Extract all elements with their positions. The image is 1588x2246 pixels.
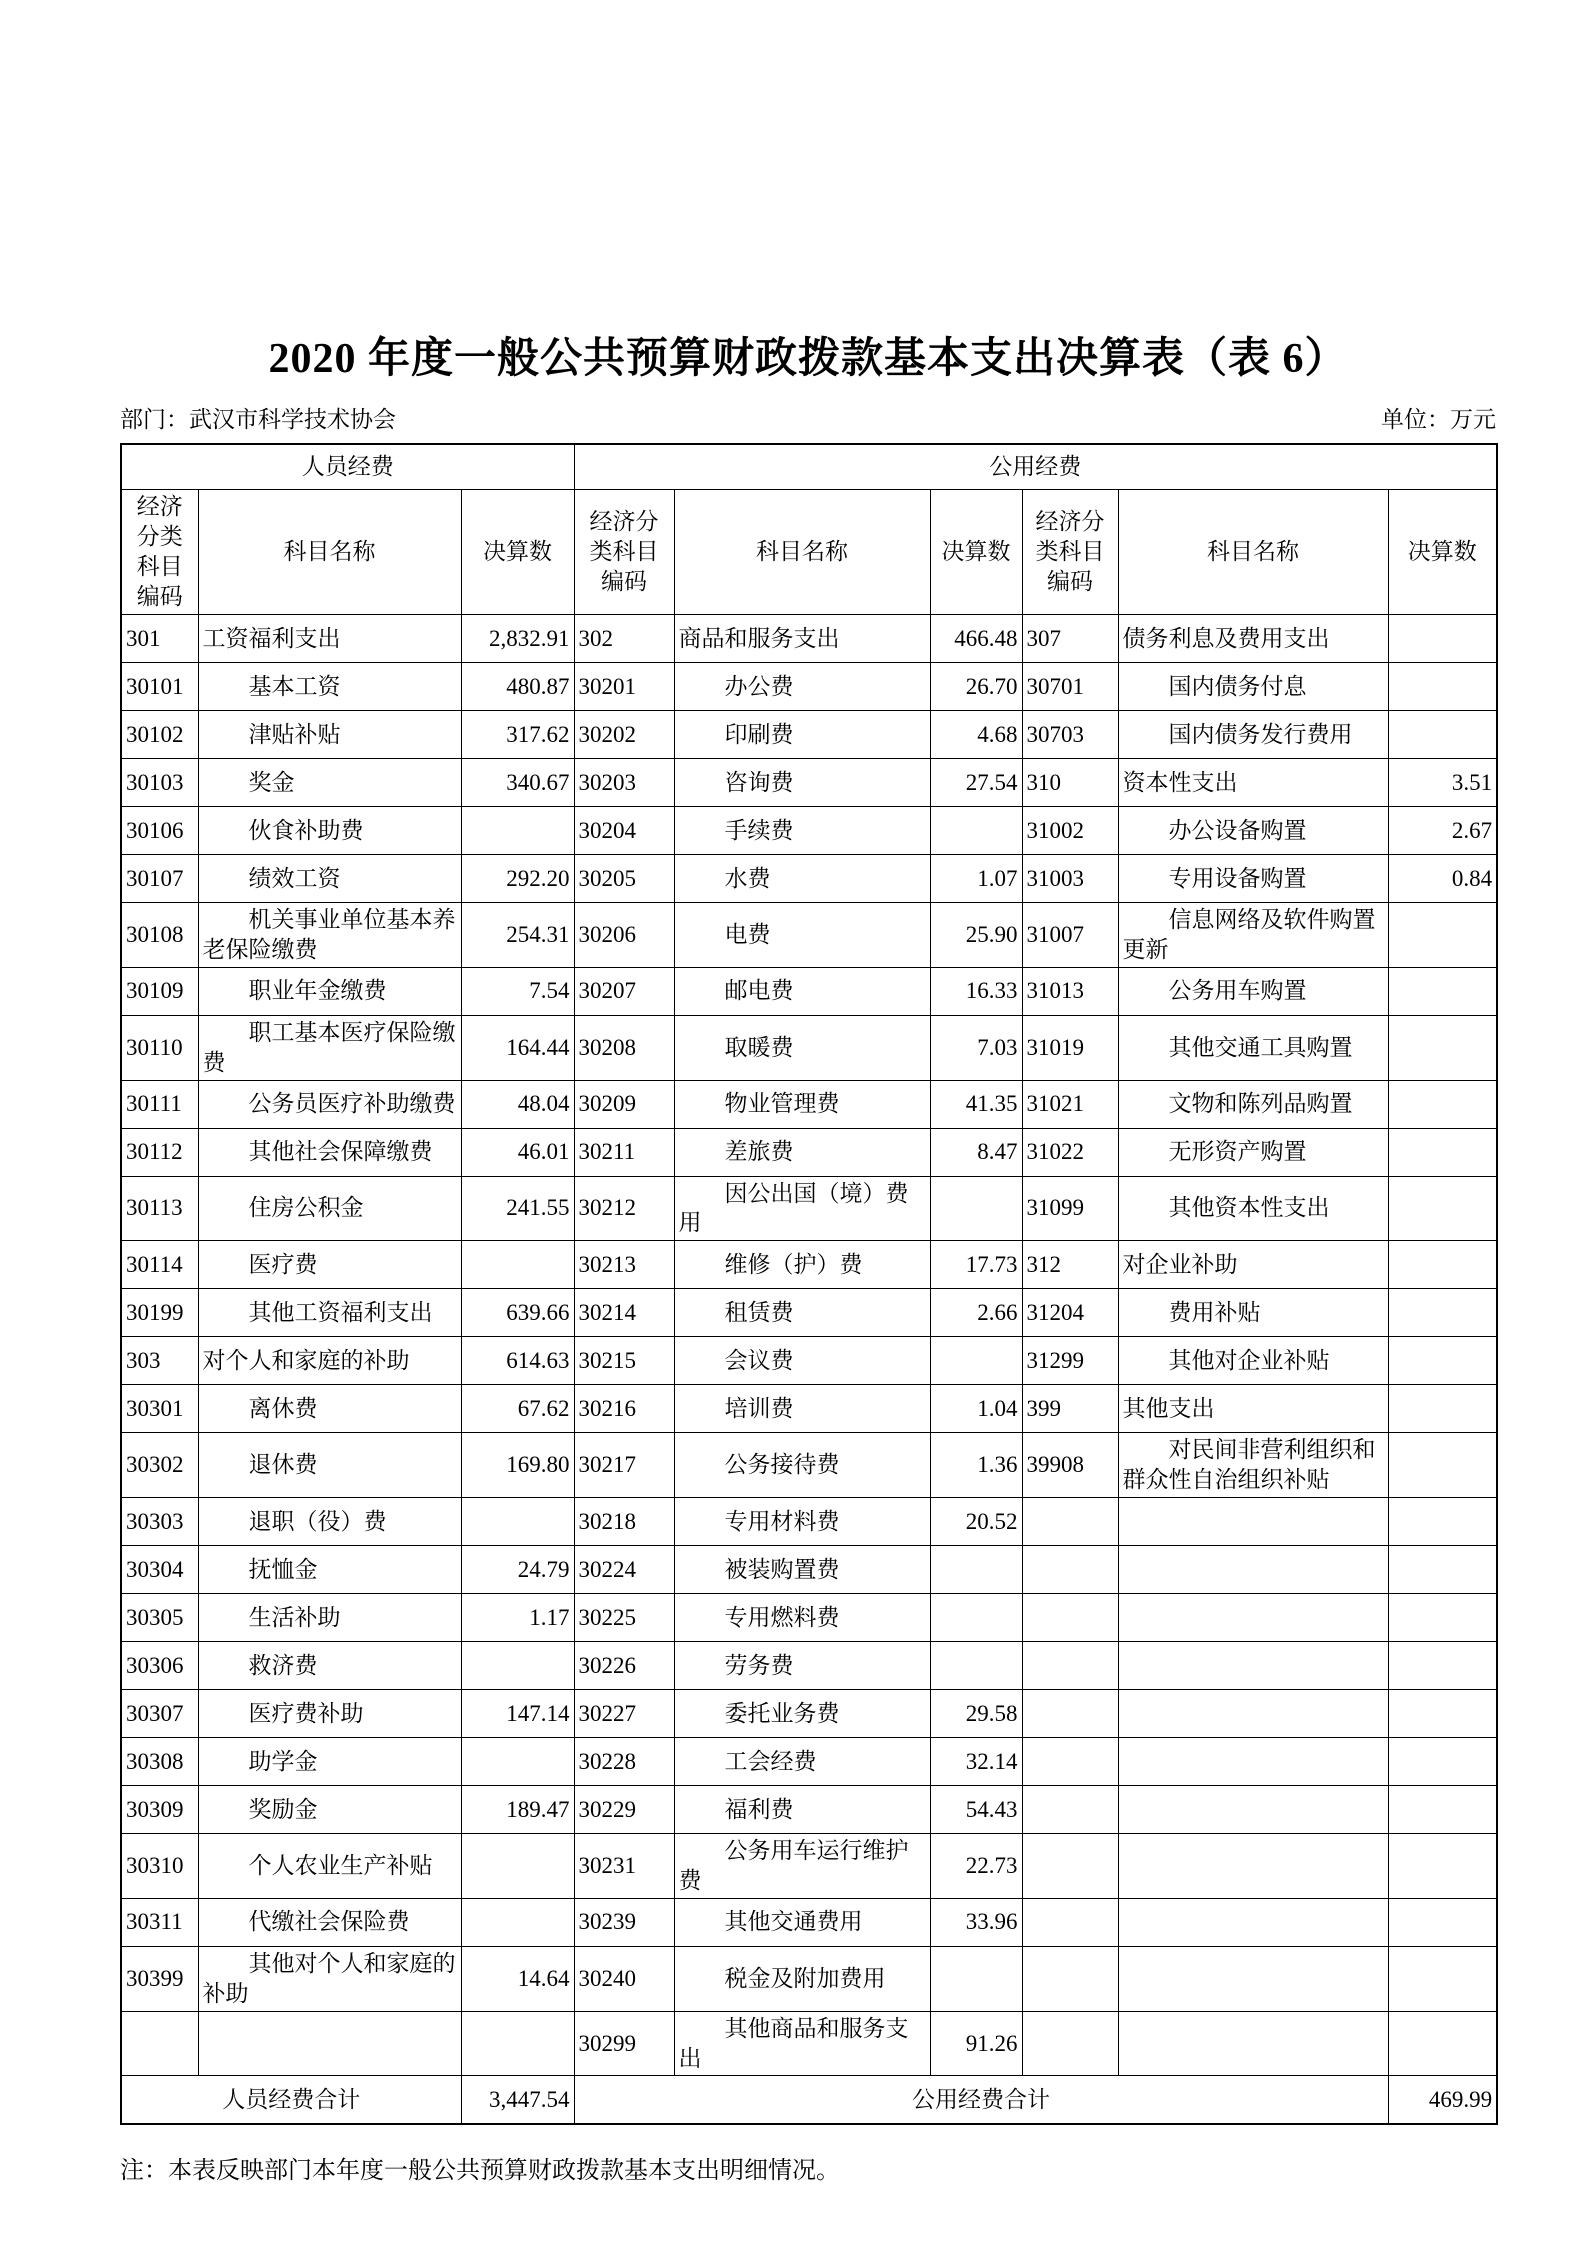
cell-amount: 27.54	[930, 758, 1022, 806]
cell-amount: 2,832.91	[461, 614, 574, 662]
cell-amount	[1388, 902, 1497, 967]
cell-amount	[1388, 614, 1497, 662]
cell-subject: 物业管理费	[674, 1080, 930, 1128]
cell-subject: 津贴补贴	[198, 710, 461, 758]
cell-code: 30103	[121, 758, 198, 806]
cell-code: 31003	[1022, 854, 1118, 902]
cell-subject: 工资福利支出	[198, 614, 461, 662]
cell-amount	[461, 1834, 574, 1899]
cell-code: 31299	[1022, 1337, 1118, 1385]
cell-subject: 抚恤金	[198, 1546, 461, 1594]
table-row: 30305生活补助1.1730225专用燃料费	[121, 1594, 1497, 1642]
cell-subject: 其他交通工具购置	[1118, 1015, 1388, 1080]
column-header-text: 经济分类科目编码	[1033, 507, 1107, 597]
cell-amount	[930, 1642, 1022, 1690]
table-row: 30114医疗费30213维修（护）费17.73312对企业补助	[121, 1241, 1497, 1289]
column-header: 经济分类科目编码	[1022, 490, 1118, 615]
cell-subject: 委托业务费	[674, 1690, 930, 1738]
table-row: 30308助学金30228工会经费32.14	[121, 1738, 1497, 1786]
cell-amount: 29.58	[930, 1690, 1022, 1738]
table-row: 303对个人和家庭的补助614.6330215会议费31299其他对企业补贴	[121, 1337, 1497, 1385]
cell-amount	[1388, 1128, 1497, 1176]
cell-subject	[1118, 1546, 1388, 1594]
table-row: 30303退职（役）费30218专用材料费20.52	[121, 1498, 1497, 1546]
cell-amount	[461, 806, 574, 854]
cell-code: 30204	[574, 806, 674, 854]
column-header: 科目名称	[198, 490, 461, 615]
cell-amount	[461, 1642, 574, 1690]
cell-amount: 1.36	[930, 1433, 1022, 1498]
group-header-personnel: 人员经费	[121, 444, 574, 490]
cell-code: 30306	[121, 1642, 198, 1690]
cell-amount	[930, 1176, 1022, 1241]
cell-subject: 国内债务发行费用	[1118, 710, 1388, 758]
cell-subject: 助学金	[198, 1738, 461, 1786]
cell-subject	[1118, 1898, 1388, 1946]
cell-code: 30213	[574, 1241, 674, 1289]
cell-subject: 离休费	[198, 1385, 461, 1433]
table-row: 30199其他工资福利支出639.6630214租赁费2.6631204费用补贴	[121, 1289, 1497, 1337]
cell-subject	[1118, 2011, 1388, 2076]
cell-subject: 奖金	[198, 758, 461, 806]
cell-code: 30108	[121, 902, 198, 967]
page-title: 2020 年度一般公共预算财政拨款基本支出决算表（表 6）	[120, 334, 1496, 384]
cell-amount	[1388, 1834, 1497, 1899]
cell-amount: 466.48	[930, 614, 1022, 662]
cell-subject: 国内债务付息	[1118, 662, 1388, 710]
cell-code: 30109	[121, 967, 198, 1015]
cell-code: 31022	[1022, 1128, 1118, 1176]
column-header-text: 经济分类科目编码	[126, 492, 194, 612]
cell-subject: 信息网络及软件购置更新	[1118, 902, 1388, 967]
cell-amount	[1388, 1546, 1497, 1594]
table-note: 注：本表反映部门本年度一般公共预算财政拨款基本支出明细情况。	[120, 2150, 1496, 2185]
table-row: 30306救济费30226劳务费	[121, 1642, 1497, 1690]
table-row: 30109职业年金缴费7.5430207邮电费16.3331013公务用车购置	[121, 967, 1497, 1015]
cell-subject: 医疗费补助	[198, 1690, 461, 1738]
cell-code: 30209	[574, 1080, 674, 1128]
document-content: 2020 年度一般公共预算财政拨款基本支出决算表（表 6） 部门：武汉市科学技术…	[120, 0, 1496, 2185]
cell-code: 31019	[1022, 1015, 1118, 1080]
cell-subject: 公务用车购置	[1118, 967, 1388, 1015]
cell-amount: 1.17	[461, 1594, 574, 1642]
table-header: 人员经费 公用经费 经济分类科目编码科目名称决算数经济分类科目编码科目名称决算数…	[121, 444, 1497, 614]
cell-subject	[1118, 1594, 1388, 1642]
cell-amount: 54.43	[930, 1786, 1022, 1834]
cell-amount: 614.63	[461, 1337, 574, 1385]
cell-code: 31099	[1022, 1176, 1118, 1241]
cell-code: 30310	[121, 1834, 198, 1899]
cell-code: 30229	[574, 1786, 674, 1834]
totals-row: 人员经费合计 3,447.54 公用经费合计 469.99	[121, 2076, 1497, 2125]
column-header-row: 经济分类科目编码科目名称决算数经济分类科目编码科目名称决算数经济分类科目编码科目…	[121, 490, 1497, 615]
table-body: 301工资福利支出2,832.91302商品和服务支出466.48307债务利息…	[121, 614, 1497, 2075]
cell-subject: 手续费	[674, 806, 930, 854]
cell-code	[1022, 1498, 1118, 1546]
cell-subject: 伙食补助费	[198, 806, 461, 854]
cell-amount: 32.14	[930, 1738, 1022, 1786]
cell-code: 30102	[121, 710, 198, 758]
cell-amount	[1388, 1289, 1497, 1337]
cell-code: 30111	[121, 1080, 198, 1128]
cell-amount	[1388, 1337, 1497, 1385]
cell-amount: 480.87	[461, 662, 574, 710]
cell-code: 30110	[121, 1015, 198, 1080]
cell-subject: 专用材料费	[674, 1498, 930, 1546]
cell-subject	[1118, 1690, 1388, 1738]
table-row: 30107绩效工资292.2030205水费1.0731003专用设备购置0.8…	[121, 854, 1497, 902]
cell-amount: 2.66	[930, 1289, 1022, 1337]
cell-code: 30207	[574, 967, 674, 1015]
cell-code: 30304	[121, 1546, 198, 1594]
cell-amount: 164.44	[461, 1015, 574, 1080]
cell-code: 30231	[574, 1834, 674, 1899]
table-row: 30102津贴补贴317.6230202印刷费4.6830703国内债务发行费用	[121, 710, 1497, 758]
cell-amount: 20.52	[930, 1498, 1022, 1546]
cell-subject: 取暖费	[674, 1015, 930, 1080]
cell-amount: 2.67	[1388, 806, 1497, 854]
cell-amount: 67.62	[461, 1385, 574, 1433]
cell-subject: 其他支出	[1118, 1385, 1388, 1433]
table-row: 30106伙食补助费30204手续费31002办公设备购置2.67	[121, 806, 1497, 854]
cell-code: 30703	[1022, 710, 1118, 758]
cell-subject: 其他资本性支出	[1118, 1176, 1388, 1241]
cell-amount: 340.67	[461, 758, 574, 806]
cell-subject: 其他交通费用	[674, 1898, 930, 1946]
cell-code: 30106	[121, 806, 198, 854]
table-row: 30112其他社会保障缴费46.0130211差旅费8.4731022无形资产购…	[121, 1128, 1497, 1176]
cell-amount	[1388, 1786, 1497, 1834]
cell-subject	[1118, 1946, 1388, 2011]
cell-subject: 生活补助	[198, 1594, 461, 1642]
cell-code: 30307	[121, 1690, 198, 1738]
cell-code: 30305	[121, 1594, 198, 1642]
cell-code: 30208	[574, 1015, 674, 1080]
department-label: 部门：武汉市科学技术协会	[120, 401, 396, 434]
cell-code: 307	[1022, 614, 1118, 662]
cell-subject: 医疗费	[198, 1241, 461, 1289]
cell-code: 30211	[574, 1128, 674, 1176]
table-row: 30310个人农业生产补贴30231公务用车运行维护费22.73	[121, 1834, 1497, 1899]
cell-subject: 差旅费	[674, 1128, 930, 1176]
cell-code: 30113	[121, 1176, 198, 1241]
cell-subject: 专用燃料费	[674, 1594, 930, 1642]
table-row: 30309奖励金189.4730229福利费54.43	[121, 1786, 1497, 1834]
cell-code: 30302	[121, 1433, 198, 1498]
cell-amount	[1388, 710, 1497, 758]
cell-code: 301	[121, 614, 198, 662]
cell-subject: 文物和陈列品购置	[1118, 1080, 1388, 1128]
cell-amount	[1388, 662, 1497, 710]
table-row: 30111公务员医疗补助缴费48.0430209物业管理费41.3531021文…	[121, 1080, 1497, 1128]
cell-amount: 189.47	[461, 1786, 574, 1834]
cell-subject: 个人农业生产补贴	[198, 1834, 461, 1899]
group-header-public: 公用经费	[574, 444, 1497, 490]
cell-amount: 14.64	[461, 1946, 574, 2011]
cell-amount: 1.04	[930, 1385, 1022, 1433]
personnel-total-value: 3,447.54	[461, 2076, 574, 2125]
cell-subject	[1118, 1498, 1388, 1546]
cell-subject: 机关事业单位基本养老保险缴费	[198, 902, 461, 967]
column-header: 决算数	[1388, 490, 1497, 615]
column-header: 科目名称	[1118, 490, 1388, 615]
cell-amount	[1388, 1015, 1497, 1080]
cell-amount	[1388, 1433, 1497, 1498]
cell-subject: 公务用车运行维护费	[674, 1834, 930, 1899]
column-header: 科目名称	[674, 490, 930, 615]
cell-subject: 其他对个人和家庭的补助	[198, 1946, 461, 2011]
cell-amount	[1388, 1176, 1497, 1241]
cell-amount	[930, 1337, 1022, 1385]
cell-code: 30201	[574, 662, 674, 710]
unit-label: 单位：万元	[1381, 401, 1496, 434]
cell-code: 30701	[1022, 662, 1118, 710]
cell-amount: 26.70	[930, 662, 1022, 710]
cell-subject: 职工基本医疗保险缴费	[198, 1015, 461, 1080]
cell-subject: 咨询费	[674, 758, 930, 806]
table-row: 30113住房公积金241.5530212因公出国（境）费用31099其他资本性…	[121, 1176, 1497, 1241]
cell-subject: 商品和服务支出	[674, 614, 930, 662]
cell-amount	[1388, 1642, 1497, 1690]
cell-subject: 其他对企业补贴	[1118, 1337, 1388, 1385]
cell-code: 30299	[574, 2011, 674, 2076]
cell-code: 30228	[574, 1738, 674, 1786]
cell-subject: 代缴社会保险费	[198, 1898, 461, 1946]
public-total-label: 公用经费合计	[574, 2076, 1388, 2125]
cell-amount: 3.51	[1388, 758, 1497, 806]
cell-subject: 其他社会保障缴费	[198, 1128, 461, 1176]
cell-amount	[930, 806, 1022, 854]
cell-code: 30199	[121, 1289, 198, 1337]
cell-code: 30301	[121, 1385, 198, 1433]
cell-code	[1022, 1738, 1118, 1786]
cell-amount: 147.14	[461, 1690, 574, 1738]
cell-code	[1022, 1690, 1118, 1738]
cell-code: 30399	[121, 1946, 198, 2011]
cell-code: 30224	[574, 1546, 674, 1594]
table-row: 30399其他对个人和家庭的补助14.6430240税金及附加费用	[121, 1946, 1497, 2011]
table-row: 30301离休费67.6230216培训费1.04399其他支出	[121, 1385, 1497, 1433]
cell-subject: 租赁费	[674, 1289, 930, 1337]
table-row: 30307医疗费补助147.1430227委托业务费29.58	[121, 1690, 1497, 1738]
cell-subject: 电费	[674, 902, 930, 967]
cell-code: 30212	[574, 1176, 674, 1241]
cell-amount	[930, 1594, 1022, 1642]
cell-code: 30205	[574, 854, 674, 902]
cell-amount	[1388, 1690, 1497, 1738]
cell-subject: 住房公积金	[198, 1176, 461, 1241]
cell-code	[121, 2011, 198, 2076]
cell-subject	[1118, 1786, 1388, 1834]
cell-code: 30112	[121, 1128, 198, 1176]
table-row: 30304抚恤金24.7930224被装购置费	[121, 1546, 1497, 1594]
cell-code: 30214	[574, 1289, 674, 1337]
cell-subject: 专用设备购置	[1118, 854, 1388, 902]
cell-subject: 福利费	[674, 1786, 930, 1834]
table-row: 30299其他商品和服务支出91.26	[121, 2011, 1497, 2076]
cell-code	[1022, 2011, 1118, 2076]
cell-subject	[1118, 1834, 1388, 1899]
cell-code: 30303	[121, 1498, 198, 1546]
cell-subject: 被装购置费	[674, 1546, 930, 1594]
cell-subject: 退休费	[198, 1433, 461, 1498]
table-row: 301工资福利支出2,832.91302商品和服务支出466.48307债务利息…	[121, 614, 1497, 662]
cell-code: 30225	[574, 1594, 674, 1642]
cell-amount	[461, 1738, 574, 1786]
cell-subject: 职业年金缴费	[198, 967, 461, 1015]
cell-subject: 基本工资	[198, 662, 461, 710]
table-row: 30110职工基本医疗保险缴费164.4430208取暖费7.0331019其他…	[121, 1015, 1497, 1080]
meta-row: 部门：武汉市科学技术协会 单位：万元	[120, 401, 1496, 434]
cell-code: 30239	[574, 1898, 674, 1946]
cell-amount	[461, 1898, 574, 1946]
cell-subject: 对个人和家庭的补助	[198, 1337, 461, 1385]
cell-code: 399	[1022, 1385, 1118, 1433]
cell-subject: 奖励金	[198, 1786, 461, 1834]
cell-code: 31007	[1022, 902, 1118, 967]
table-row: 30101基本工资480.8730201办公费26.7030701国内债务付息	[121, 662, 1497, 710]
cell-subject: 劳务费	[674, 1642, 930, 1690]
cell-code	[1022, 1594, 1118, 1642]
cell-code: 30215	[574, 1337, 674, 1385]
cell-code: 312	[1022, 1241, 1118, 1289]
cell-amount: 46.01	[461, 1128, 574, 1176]
table-row: 30311代缴社会保险费30239其他交通费用33.96	[121, 1898, 1497, 1946]
cell-amount: 24.79	[461, 1546, 574, 1594]
cell-amount: 4.68	[930, 710, 1022, 758]
cell-subject: 培训费	[674, 1385, 930, 1433]
column-header: 决算数	[461, 490, 574, 615]
column-header-text: 经济分类科目编码	[587, 507, 661, 597]
cell-code: 30240	[574, 1946, 674, 2011]
cell-amount	[1388, 1241, 1497, 1289]
cell-amount	[1388, 1498, 1497, 1546]
cell-amount: 16.33	[930, 967, 1022, 1015]
cell-subject: 办公费	[674, 662, 930, 710]
cell-subject: 退职（役）费	[198, 1498, 461, 1546]
budget-table: 人员经费 公用经费 经济分类科目编码科目名称决算数经济分类科目编码科目名称决算数…	[120, 443, 1498, 2125]
group-header-row: 人员经费 公用经费	[121, 444, 1497, 490]
cell-subject: 邮电费	[674, 967, 930, 1015]
cell-amount: 33.96	[930, 1898, 1022, 1946]
cell-code: 30218	[574, 1498, 674, 1546]
cell-amount	[1388, 1898, 1497, 1946]
cell-subject: 税金及附加费用	[674, 1946, 930, 2011]
cell-subject: 公务员医疗补助缴费	[198, 1080, 461, 1128]
cell-subject: 水费	[674, 854, 930, 902]
cell-amount: 48.04	[461, 1080, 574, 1128]
cell-code: 302	[574, 614, 674, 662]
cell-amount: 91.26	[930, 2011, 1022, 2076]
cell-amount	[461, 1241, 574, 1289]
cell-subject: 债务利息及费用支出	[1118, 614, 1388, 662]
cell-code	[1022, 1898, 1118, 1946]
cell-subject: 维修（护）费	[674, 1241, 930, 1289]
cell-code: 30202	[574, 710, 674, 758]
cell-subject	[1118, 1642, 1388, 1690]
column-header: 经济分类科目编码	[574, 490, 674, 615]
cell-amount: 639.66	[461, 1289, 574, 1337]
cell-amount	[1388, 967, 1497, 1015]
table-row: 30103奖金340.6730203咨询费27.54310资本性支出3.51	[121, 758, 1497, 806]
cell-amount	[1388, 2011, 1497, 2076]
cell-amount: 254.31	[461, 902, 574, 967]
cell-subject: 资本性支出	[1118, 758, 1388, 806]
cell-code: 31021	[1022, 1080, 1118, 1128]
cell-code: 31204	[1022, 1289, 1118, 1337]
cell-code	[1022, 1546, 1118, 1594]
document-page: 2020 年度一般公共预算财政拨款基本支出决算表（表 6） 部门：武汉市科学技术…	[0, 0, 1588, 2246]
column-header: 经济分类科目编码	[121, 490, 198, 615]
cell-code: 30101	[121, 662, 198, 710]
public-total-value: 469.99	[1388, 2076, 1497, 2125]
cell-amount: 7.54	[461, 967, 574, 1015]
cell-code: 31002	[1022, 806, 1118, 854]
cell-subject	[198, 2011, 461, 2076]
cell-subject: 工会经费	[674, 1738, 930, 1786]
cell-code	[1022, 1786, 1118, 1834]
cell-amount	[1388, 1946, 1497, 2011]
cell-code: 30107	[121, 854, 198, 902]
cell-subject: 对民间非营利组织和群众性自治组织补贴	[1118, 1433, 1388, 1498]
cell-amount: 17.73	[930, 1241, 1022, 1289]
personnel-total-label: 人员经费合计	[121, 2076, 461, 2125]
cell-code: 30206	[574, 902, 674, 967]
cell-amount: 317.62	[461, 710, 574, 758]
cell-amount: 1.07	[930, 854, 1022, 902]
cell-amount: 292.20	[461, 854, 574, 902]
cell-amount	[1388, 1385, 1497, 1433]
column-header: 决算数	[930, 490, 1022, 615]
cell-amount	[1388, 1738, 1497, 1786]
cell-amount	[930, 1546, 1022, 1594]
cell-amount	[461, 2011, 574, 2076]
cell-subject: 印刷费	[674, 710, 930, 758]
cell-code: 30308	[121, 1738, 198, 1786]
cell-code: 39908	[1022, 1433, 1118, 1498]
cell-amount: 169.80	[461, 1433, 574, 1498]
cell-code: 303	[121, 1337, 198, 1385]
table-row: 30108机关事业单位基本养老保险缴费254.3130206电费25.90310…	[121, 902, 1497, 967]
cell-amount: 241.55	[461, 1176, 574, 1241]
cell-code: 30227	[574, 1690, 674, 1738]
cell-code: 30309	[121, 1786, 198, 1834]
table-footer: 人员经费合计 3,447.54 公用经费合计 469.99	[121, 2076, 1497, 2125]
cell-code: 30203	[574, 758, 674, 806]
cell-code: 30216	[574, 1385, 674, 1433]
cell-subject	[1118, 1738, 1388, 1786]
cell-code: 30114	[121, 1241, 198, 1289]
cell-amount	[461, 1498, 574, 1546]
cell-code: 30226	[574, 1642, 674, 1690]
cell-subject: 救济费	[198, 1642, 461, 1690]
cell-code	[1022, 1834, 1118, 1899]
cell-subject: 无形资产购置	[1118, 1128, 1388, 1176]
cell-subject: 对企业补助	[1118, 1241, 1388, 1289]
cell-code: 30311	[121, 1898, 198, 1946]
cell-subject: 绩效工资	[198, 854, 461, 902]
cell-subject: 其他工资福利支出	[198, 1289, 461, 1337]
cell-amount	[1388, 1080, 1497, 1128]
cell-subject: 费用补贴	[1118, 1289, 1388, 1337]
cell-code: 30217	[574, 1433, 674, 1498]
cell-amount	[930, 1946, 1022, 2011]
cell-amount: 41.35	[930, 1080, 1022, 1128]
cell-amount: 0.84	[1388, 854, 1497, 902]
cell-amount	[1388, 1594, 1497, 1642]
cell-subject: 公务接待费	[674, 1433, 930, 1498]
cell-amount: 22.73	[930, 1834, 1022, 1899]
